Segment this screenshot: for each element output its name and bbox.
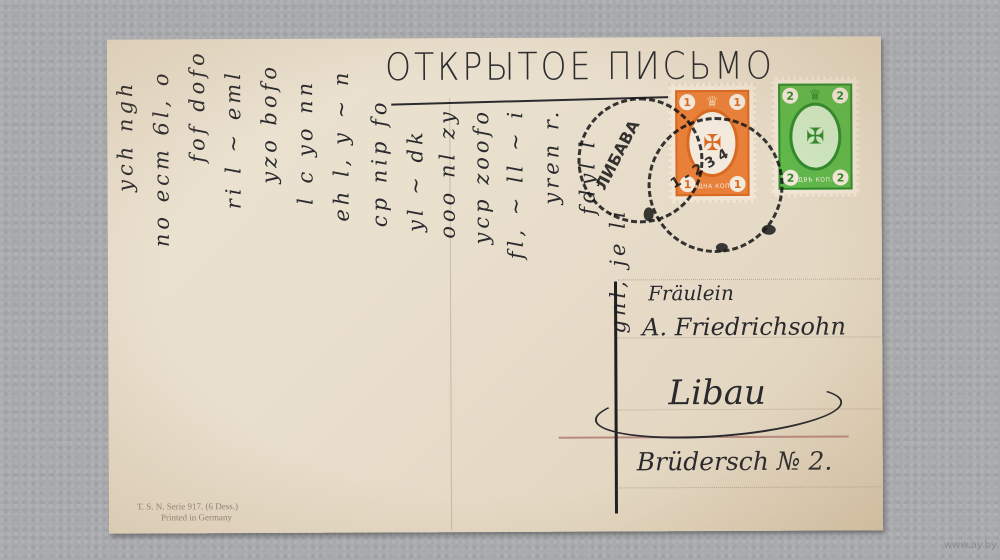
message-text: yren r. <box>541 108 562 205</box>
ink-blot <box>762 225 776 235</box>
stamp-label: ДВѢ КОП. <box>798 177 833 184</box>
message-text: ycp zoofo <box>471 108 493 245</box>
crown-icon: ♛ <box>706 94 719 110</box>
address-city: Libau <box>668 373 766 413</box>
stamp-denomination: 2 <box>832 87 848 103</box>
message-text: yzo bofo <box>259 63 281 184</box>
stamp-denomination: 2 <box>832 169 848 185</box>
message-text: cp nip fo <box>369 98 391 227</box>
address-line <box>618 278 880 280</box>
stamp-denomination: 1 <box>729 94 745 110</box>
site-watermark: www.ay.by <box>944 540 997 551</box>
address-line <box>619 486 881 488</box>
stamp-2-kopeck: ♛ ✠ 2 2 2 2 ДВѢ КОП. <box>771 76 860 196</box>
message-text: eh l, y ~ n <box>331 69 353 222</box>
message-text: ych ngh <box>115 80 136 192</box>
ink-blot <box>644 207 654 221</box>
message-text: fl, ~ ll ~ i <box>505 108 527 259</box>
stamp-denomination: 2 <box>782 170 798 186</box>
address-salutation: Fräulein <box>648 281 734 305</box>
message-text: yl ~ dk <box>405 128 426 232</box>
imprint-printed-in: Printed in Germany <box>137 512 238 523</box>
ink-blot <box>716 243 728 252</box>
message-text: l c yo nn <box>295 79 317 205</box>
eagle-emblem-icon: ✠ <box>789 102 841 170</box>
address-street: Brüdersch № 2. <box>637 447 833 477</box>
postcard: ОТКРЫТОЕ ПИСЬМО ych ngh no ecm 6l, o fof… <box>107 36 883 533</box>
message-text: ooo nl zy <box>437 108 459 239</box>
imprint-series: T. S. N. Serie 917. (6 Dess.) <box>137 501 238 512</box>
message-text: fof dofo <box>187 49 208 162</box>
message-text: no ecm 6l, o <box>151 69 173 247</box>
crown-icon: ♛ <box>809 88 822 104</box>
stamp-denomination: 2 <box>782 88 798 104</box>
address-name: A. Friedrichsohn <box>642 312 846 341</box>
publisher-imprint: T. S. N. Serie 917. (6 Dess.) Printed in… <box>137 501 238 523</box>
stamp-denomination: 1 <box>679 94 695 110</box>
message-text: gnl, je li <box>608 207 630 333</box>
message-text: ri l ~ eml <box>223 69 245 209</box>
